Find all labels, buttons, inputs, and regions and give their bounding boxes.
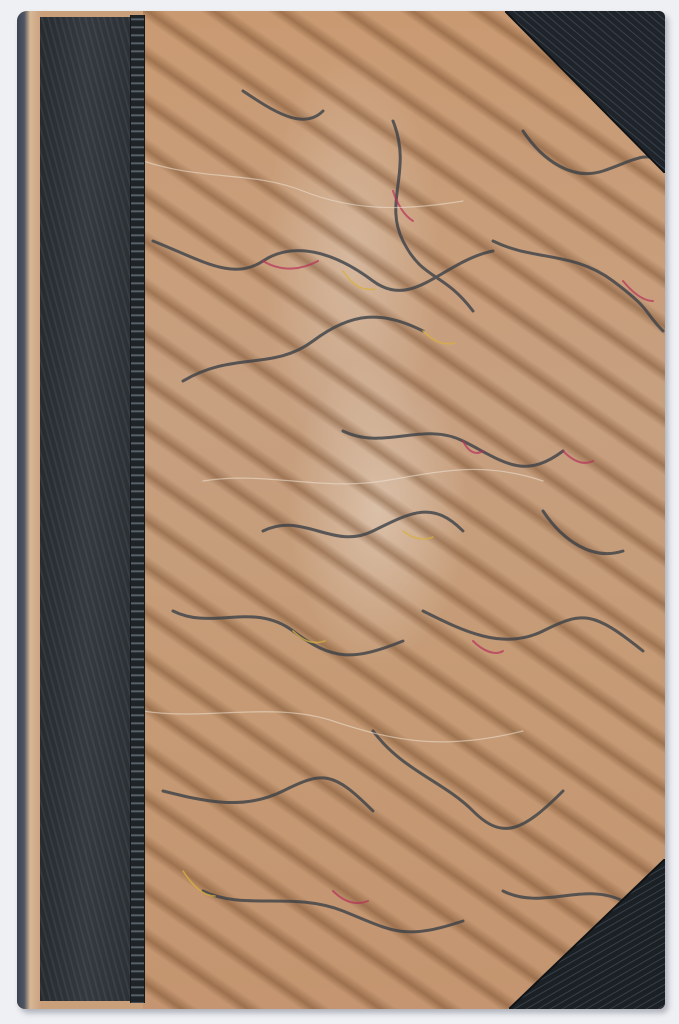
top-right-leather-corner (505, 11, 665, 173)
worn-spine-edge (17, 11, 41, 1009)
book-cover (17, 11, 665, 1009)
bottom-right-leather-corner (509, 859, 665, 1009)
tooled-spine-border (130, 15, 145, 1003)
leather-spine (40, 17, 132, 1001)
